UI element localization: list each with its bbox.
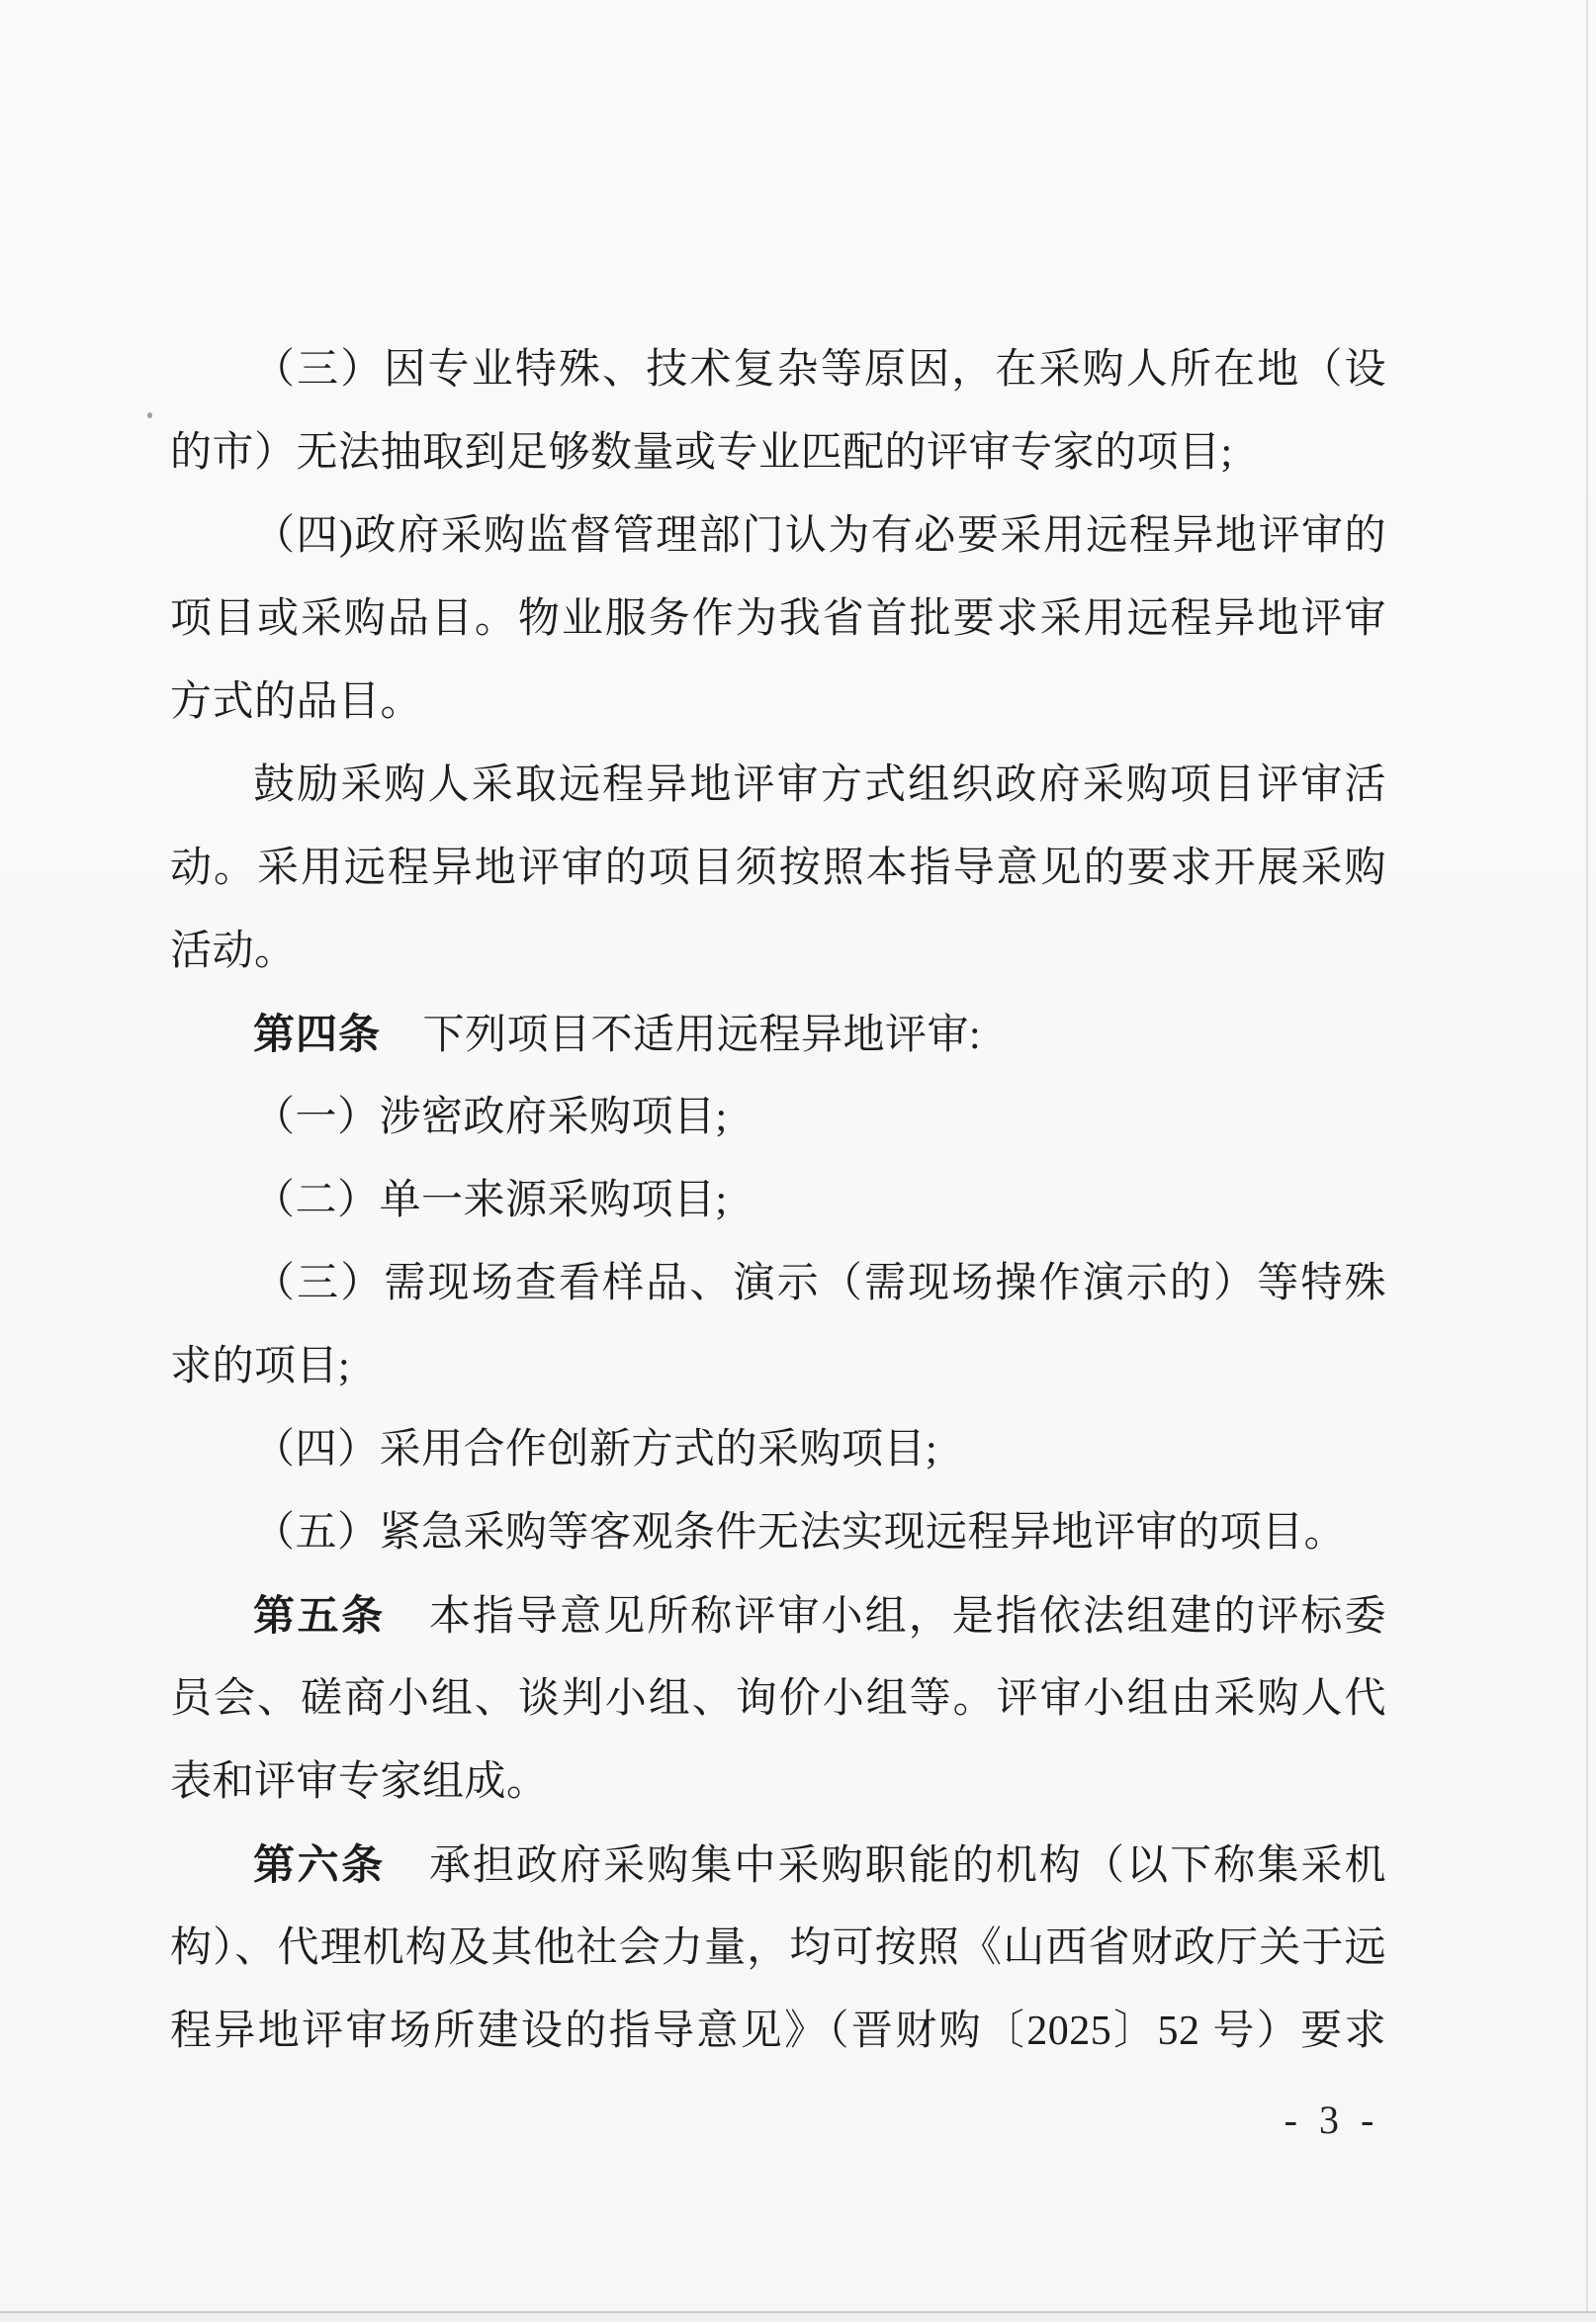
text-line: （一）涉密政府采购项目; <box>170 1076 1386 1159</box>
text-segment: 项目或采购品目。物业服务作为我省首批要求采用远程异地评审 <box>170 596 1386 642</box>
text-line: 第五条 本指导意见所称评审小组，是指依法组建的评标委 <box>170 1574 1386 1657</box>
text-line: 动。采用远程异地评审的项目须按照本指导意见的要求开展采购 <box>170 827 1386 910</box>
text-segment: （二）单一来源采购项目; <box>253 1178 728 1223</box>
text-segment: 承担政府采购集中采购职能的机构（以下称集采机 <box>386 1843 1386 1889</box>
scan-edge-bottom <box>0 2311 1596 2322</box>
text-line: 员会、磋商小组、谈判小组、询价小组等。评审小组由采购人代 <box>170 1657 1386 1741</box>
scan-edge-right <box>1586 0 1588 2322</box>
article-number-label: 第六条 <box>253 1841 386 1888</box>
text-segment: 员会、磋商小组、谈判小组、询价小组等。评审小组由采购人代 <box>170 1676 1386 1722</box>
text-segment: 的市）无法抽取到足够数量或专业匹配的评审专家的项目; <box>170 430 1233 476</box>
article-number-label: 第四条 <box>253 1011 381 1057</box>
text-segment: 本指导意见所称评审小组，是指依法组建的评标委 <box>386 1594 1386 1640</box>
text-segment: 动。采用远程异地评审的项目须按照本指导意见的要求开展采购 <box>170 846 1386 891</box>
text-line: 项目或采购品目。物业服务作为我省首批要求采用远程异地评审 <box>170 578 1386 661</box>
text-segment: 表和评审专家组成。 <box>170 1759 549 1805</box>
text-line: （五）紧急采购等客观条件无法实现远程异地评审的项目。 <box>170 1491 1386 1574</box>
text-segment: （一）涉密政府采购项目; <box>253 1095 728 1140</box>
text-line: 的市）无法抽取到足够数量或专业匹配的评审专家的项目; <box>170 411 1386 494</box>
text-segment: （三）因专业特殊、技术复杂等原因，在采购人所在地（设区 <box>170 347 1386 411</box>
text-line: （三）因专业特殊、技术复杂等原因，在采购人所在地（设区 <box>170 328 1386 411</box>
text-line: 第四条 下列项目不适用远程异地评审: <box>170 993 1386 1076</box>
text-line: 表和评审专家组成。 <box>170 1741 1386 1824</box>
text-line: （四)政府采购监督管理部门认为有必要采用远程异地评审的 <box>170 494 1386 578</box>
text-segment: 程异地评审场所建设的指导意见》（晋财购〔2025〕52 号）要求 <box>170 2009 1386 2054</box>
text-line: 活动。 <box>170 910 1386 993</box>
text-line: 求的项目; <box>170 1325 1386 1408</box>
text-line: （三）需现场查看样品、演示（需现场操作演示的）等特殊要 <box>170 1242 1386 1325</box>
text-segment: 鼓励采购人采取远程异地评审方式组织政府采购项目评审活 <box>253 762 1386 808</box>
text-segment: （三）需现场查看样品、演示（需现场操作演示的）等特殊要 <box>170 1261 1386 1325</box>
text-segment: 活动。 <box>170 929 297 974</box>
text-line: 构）、代理机构及其他社会力量，均可按照《山西省财政厅关于远 <box>170 1907 1386 1990</box>
scan-speck <box>147 412 152 418</box>
text-segment: 求的项目; <box>170 1344 350 1389</box>
text-line: （二）单一来源采购项目; <box>170 1159 1386 1242</box>
text-segment: 下列项目不适用远程异地评审: <box>381 1013 981 1058</box>
page-number: - 3 - <box>1258 2089 1406 2152</box>
text-line: 第六条 承担政府采购集中采购职能的机构（以下称集采机 <box>170 1824 1386 1907</box>
text-line: （四）采用合作创新方式的采购项目; <box>170 1408 1386 1491</box>
document-body-text: （三）因专业特殊、技术复杂等原因，在采购人所在地（设区的市）无法抽取到足够数量或… <box>170 328 1386 2073</box>
text-line: 程异地评审场所建设的指导意见》（晋财购〔2025〕52 号）要求 <box>170 1990 1386 2073</box>
text-segment: （四)政府采购监督管理部门认为有必要采用远程异地评审的 <box>253 513 1386 559</box>
text-segment: （四）采用合作创新方式的采购项目; <box>253 1427 937 1473</box>
text-segment: 方式的品目。 <box>170 679 422 725</box>
article-number-label: 第五条 <box>253 1592 386 1639</box>
text-segment: （五）紧急采购等客观条件无法实现远程异地评审的项目。 <box>253 1510 1346 1556</box>
text-segment: 构）、代理机构及其他社会力量，均可按照《山西省财政厅关于远 <box>170 1925 1386 1971</box>
text-line: 鼓励采购人采取远程异地评审方式组织政府采购项目评审活 <box>170 744 1386 827</box>
text-line: 方式的品目。 <box>170 661 1386 744</box>
